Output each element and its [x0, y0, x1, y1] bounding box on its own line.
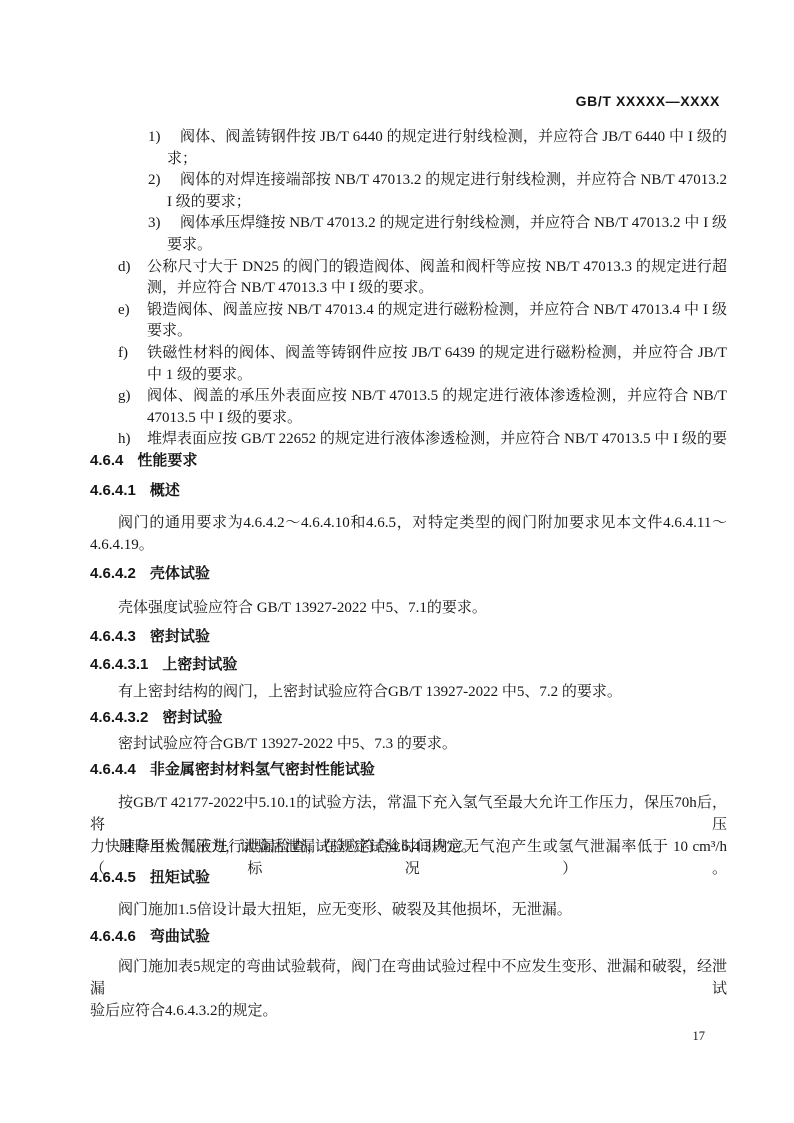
list-item-continuation: 测，并应符合 NB/T 47013.3 中 I 级的要求。	[90, 278, 727, 300]
paragraph-line: 有上密封结构的阀门，上密封试验应符合GB/T 13927-2022 中5、7.2…	[90, 681, 727, 703]
list-item: 1) 阀体、阀盖铸钢件按 JB/T 6440 的规定进行射线检测，并应符合 JB…	[90, 127, 727, 149]
list-item-text: 公称尺寸大于 DN25 的阀门的锻造阀体、阀盖和阀杆等应按 NB/T 47013…	[147, 257, 727, 279]
section-number: 4.6.4.3.1	[90, 656, 148, 673]
section-heading-4-6-4: 4.6.4性能要求	[90, 452, 727, 469]
section-heading-4-6-4-3: 4.6.4.3密封试验	[90, 628, 727, 645]
list-item-continuation: 要求。	[90, 235, 727, 257]
list-item-marker: 1)	[148, 127, 161, 149]
section-heading-4-6-4-1: 4.6.4.1概述	[90, 482, 727, 499]
section-heading-4-6-4-4: 4.6.4.4非金属密封材料氢气密封性能试验	[90, 761, 727, 778]
list-item-marker: 2)	[148, 170, 161, 192]
paragraph-seal-test: 密封试验应符合GB/T 13927-2022 中5、7.3 的要求。	[90, 733, 727, 755]
list-item-text: 中 1 级的要求。	[147, 365, 727, 387]
paragraph-line: 壳体强度试验应符合 GB/T 13927-2022 中5、7.1的要求。	[90, 597, 727, 619]
section-number: 4.6.4.6	[90, 928, 136, 945]
section-title: 壳体试验	[150, 565, 210, 582]
section-number: 4.6.4.2	[90, 565, 136, 582]
list-item: e) 锻造阀体、阀盖应按 NB/T 47013.4 的规定进行磁粉检测，并应符合…	[90, 300, 727, 322]
section-number: 4.6.4.3.2	[90, 709, 148, 726]
section-title: 弯曲试验	[150, 928, 210, 945]
list-item-continuation: 47013.5 中 I 级的要求。	[90, 408, 727, 430]
list-item-text: I 级的要求；	[167, 192, 727, 214]
list-item-continuation: 中 1 级的要求。	[90, 365, 727, 387]
list-item-text: 阀体、阀盖铸钢件按 JB/T 6440 的规定进行射线检测，并应符合 JB/T …	[180, 127, 727, 149]
list-item-text: 求；	[167, 149, 727, 171]
section-title: 非金属密封材料氢气密封性能试验	[150, 761, 375, 778]
list-item-marker: d)	[118, 257, 131, 279]
section-heading-4-6-4-6: 4.6.4.6弯曲试验	[90, 928, 727, 945]
list-item-text: 47013.5 中 I 级的要求。	[147, 408, 727, 430]
list-item: d) 公称尺寸大于 DN25 的阀门的锻造阀体、阀盖和阀杆等应按 NB/T 47…	[90, 257, 727, 279]
list-item: f) 铁磁性材料的阀体、阀盖等铸钢件应按 JB/T 6439 的规定进行磁粉检测…	[90, 343, 727, 365]
section-number: 4.6.4.5	[90, 869, 136, 886]
list-item-marker: e)	[118, 300, 130, 322]
list-item-marker: g)	[118, 386, 131, 408]
page-number: 17	[693, 1029, 706, 1044]
list-item: h) 堆焊表面应按 GB/T 22652 的规定进行液体渗透检测，并应符合 NB…	[90, 429, 727, 451]
list-item-marker: 3)	[148, 213, 161, 235]
paragraph-line: 按GB/T 42177-2022中5.10.1的试验方法，常温下充入氢气至最大允…	[90, 792, 727, 836]
paragraph-overview: 阀门的通用要求为4.6.4.2～4.6.4.10和4.6.5，对特定类型的阀门附…	[90, 512, 727, 556]
section-heading-4-6-4-3-2: 4.6.4.3.2密封试验	[90, 709, 727, 726]
list-item: 2) 阀体的对焊连接端部按 NB/T 47013.2 的规定进行射线检测，并应符…	[90, 170, 727, 192]
paragraph-upper-seal-test: 有上密封结构的阀门，上密封试验应符合GB/T 13927-2022 中5、7.2…	[90, 681, 727, 703]
section-title: 概述	[150, 482, 180, 499]
list-item-text: 阀体的对焊连接端部按 NB/T 47013.2 的规定进行射线检测，并应符合 N…	[180, 170, 727, 192]
section-title: 密封试验	[162, 709, 222, 726]
paragraph-line: 验后应符合4.6.4.3.2的规定。	[90, 1000, 727, 1022]
list-item-text: 测，并应符合 NB/T 47013.3 中 I 级的要求。	[147, 278, 727, 300]
list-item-text: 锻造阀体、阀盖应按 NB/T 47013.4 的规定进行磁粉检测，并应符合 NB…	[147, 300, 727, 322]
inspection-requirements-list: 1) 阀体、阀盖铸钢件按 JB/T 6440 的规定进行射线检测，并应符合 JB…	[90, 127, 727, 451]
section-heading-4-6-4-2: 4.6.4.2壳体试验	[90, 565, 727, 582]
section-heading-4-6-4-3-1: 4.6.4.3.1上密封试验	[90, 656, 727, 673]
paragraph-shell-test: 壳体强度试验应符合 GB/T 13927-2022 中5、7.1的要求。	[90, 597, 727, 619]
paragraph-line: 阀门的通用要求为4.6.4.2～4.6.4.10和4.6.5，对特定类型的阀门附…	[90, 512, 727, 534]
list-item-continuation: 求；	[90, 149, 727, 171]
section-title: 上密封试验	[162, 656, 237, 673]
section-number: 4.6.4.4	[90, 761, 136, 778]
section-title: 密封试验	[150, 628, 210, 645]
paragraph-line: 密封试验应符合GB/T 13927-2022 中5、7.3 的要求。	[90, 733, 727, 755]
list-item-text: 阀体承压焊缝按 NB/T 47013.2 的规定进行射线检测，并应符合 NB/T…	[180, 213, 727, 235]
list-item: 3) 阀体承压焊缝按 NB/T 47013.2 的规定进行射线检测，并应符合 N…	[90, 213, 727, 235]
paragraph-line: 阀门施加1.5倍设计最大扭矩，应无变形、破裂及其他损坏，无泄漏。	[90, 899, 727, 921]
list-item-continuation: 要求。	[90, 321, 727, 343]
paragraph-line: 阀门施加表5规定的弯曲试验载荷，阀门在弯曲试验过程中不应发生变形、泄漏和破裂，经…	[90, 956, 727, 1000]
header-doc-code: GB/T XXXXX—XXXX	[576, 93, 720, 109]
list-item-text: 阀体、阀盖的承压外表面应按 NB/T 47013.5 的规定进行液体渗透检测，并…	[147, 386, 727, 408]
section-number: 4.6.4.1	[90, 482, 136, 499]
list-item: g) 阀体、阀盖的承压外表面应按 NB/T 47013.5 的规定进行液体渗透检…	[90, 386, 727, 408]
list-item-text: 铁磁性材料的阀体、阀盖等铸钢件应按 JB/T 6439 的规定进行磁粉检测，并应…	[147, 343, 727, 365]
section-title: 性能要求	[137, 452, 197, 469]
paragraph-bending-test: 阀门施加表5规定的弯曲试验载荷，阀门在弯曲试验过程中不应发生变形、泄漏和破裂，经…	[90, 956, 727, 1022]
section-heading-4-6-4-5: 4.6.4.5扭矩试验	[90, 869, 727, 886]
section-number: 4.6.4.3	[90, 628, 136, 645]
list-item-text: 要求。	[167, 235, 727, 257]
document-page: GB/T XXXXX—XXXX 1) 阀体、阀盖铸钢件按 JB/T 6440 的…	[0, 0, 794, 1123]
list-item-marker: f)	[118, 343, 128, 365]
paragraph-torque-test: 阀门施加1.5倍设计最大扭矩，应无变形、破裂及其他损坏，无泄漏。	[90, 899, 727, 921]
list-item-text: 堆焊表面应按 GB/T 22652 的规定进行液体渗透检测，并应符合 NB/T …	[147, 429, 727, 451]
list-item-text: 要求。	[147, 321, 727, 343]
section-number: 4.6.4	[90, 452, 123, 469]
list-item-continuation: I 级的要求；	[90, 192, 727, 214]
list-item-marker: h)	[118, 429, 131, 451]
section-title: 扭矩试验	[150, 869, 210, 886]
paragraph-line: 4.6.4.19。	[90, 534, 727, 556]
